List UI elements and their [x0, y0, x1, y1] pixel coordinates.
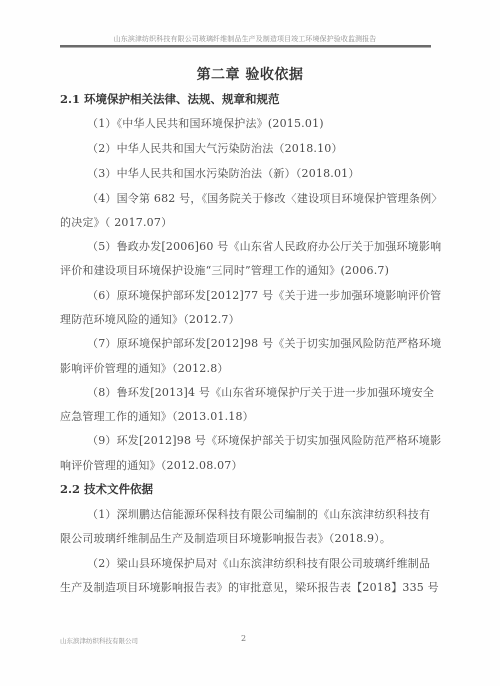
document-page: 山东滨津纺织科技有限公司玻璃纤维制品生产及制造项目竣工环境保护验收监测报告 第二… — [0, 0, 500, 686]
law-item-8: （8）鲁环发[2013]4 号《山东省环境保护厅关于进一步加强环境安全 — [87, 384, 434, 400]
law-item-7: （7）原环境保护部环发[2012]98 号《关于切实加强风险防范严格环境 — [87, 335, 441, 351]
law-item-8-cont: 应急管理工作的通知》（2013.01.18） — [60, 408, 254, 424]
law-item-1: （1）《中华人民共和国环境保护法》(2015.01) — [87, 115, 324, 131]
chapter-title: 第二章 验收依据 — [0, 64, 500, 84]
law-item-9: （9）环发[2012]98 号《环境保护部关于切实加强风险防范严格环境影 — [87, 432, 441, 448]
law-item-7-cont: 影响评价管理的通知》（2012.8） — [60, 360, 229, 376]
law-item-4: （4）国令第 682 号，《国务院关于修改〈建设项目环境保护管理条例〉 — [87, 190, 443, 206]
section-heading-2-2: 2.2 技术文件依据 — [60, 481, 153, 497]
law-item-9-cont: 响评价管理的通知》（2012.08.07） — [60, 457, 243, 473]
law-item-6-cont: 理防范环境风险的通知》（2012.7） — [60, 311, 240, 327]
law-item-6: （6）原环境保护部环发[2012]77 号《关于进一步加强环境影响评价管 — [87, 287, 441, 303]
tech-doc-item-1: （1）深圳鹏达信能源环保科技有限公司编制的《山东滨津纺织科技有 — [87, 506, 430, 522]
law-item-5-cont: 评价和建设项目环境保护设施“三同时”管理工作的通知》(2006.7) — [60, 262, 389, 278]
running-header: 山东滨津纺织科技有限公司玻璃纤维制品生产及制造项目竣工环境保护验收监测报告 — [60, 34, 430, 44]
tech-doc-item-2: （2）梁山县环境保护局对《山东滨津纺织科技有限公司玻璃纤维制品 — [87, 555, 430, 571]
page-number: 2 — [241, 634, 246, 643]
tech-doc-item-2-cont: 生产及制造项目环境影响报告表》的审批意见，梁环报告表【2018】335 号 — [60, 579, 439, 595]
law-item-2: （2）中华人民共和国大气污染防治法（2018.10） — [87, 140, 343, 156]
tech-doc-item-1-cont: 限公司玻璃纤维制品生产及制造项目环境影响报告表》（2018.9）。 — [60, 530, 391, 546]
section-heading-2-1: 2.1 环境保护相关法律、法规、规章和规范 — [60, 91, 280, 107]
header-rule — [60, 45, 431, 48]
law-item-4-cont: 的决定》（ 2017.07） — [60, 214, 172, 230]
law-item-3: （3）中华人民共和国水污染防治法（新）（2018.01） — [87, 165, 360, 181]
law-item-5: （5）鲁政办发[2006]60 号《山东省人民政府办公厅关于加强环境影响 — [87, 238, 441, 254]
footer-company: 山东滨津纺织科技有限公司 — [60, 636, 138, 645]
